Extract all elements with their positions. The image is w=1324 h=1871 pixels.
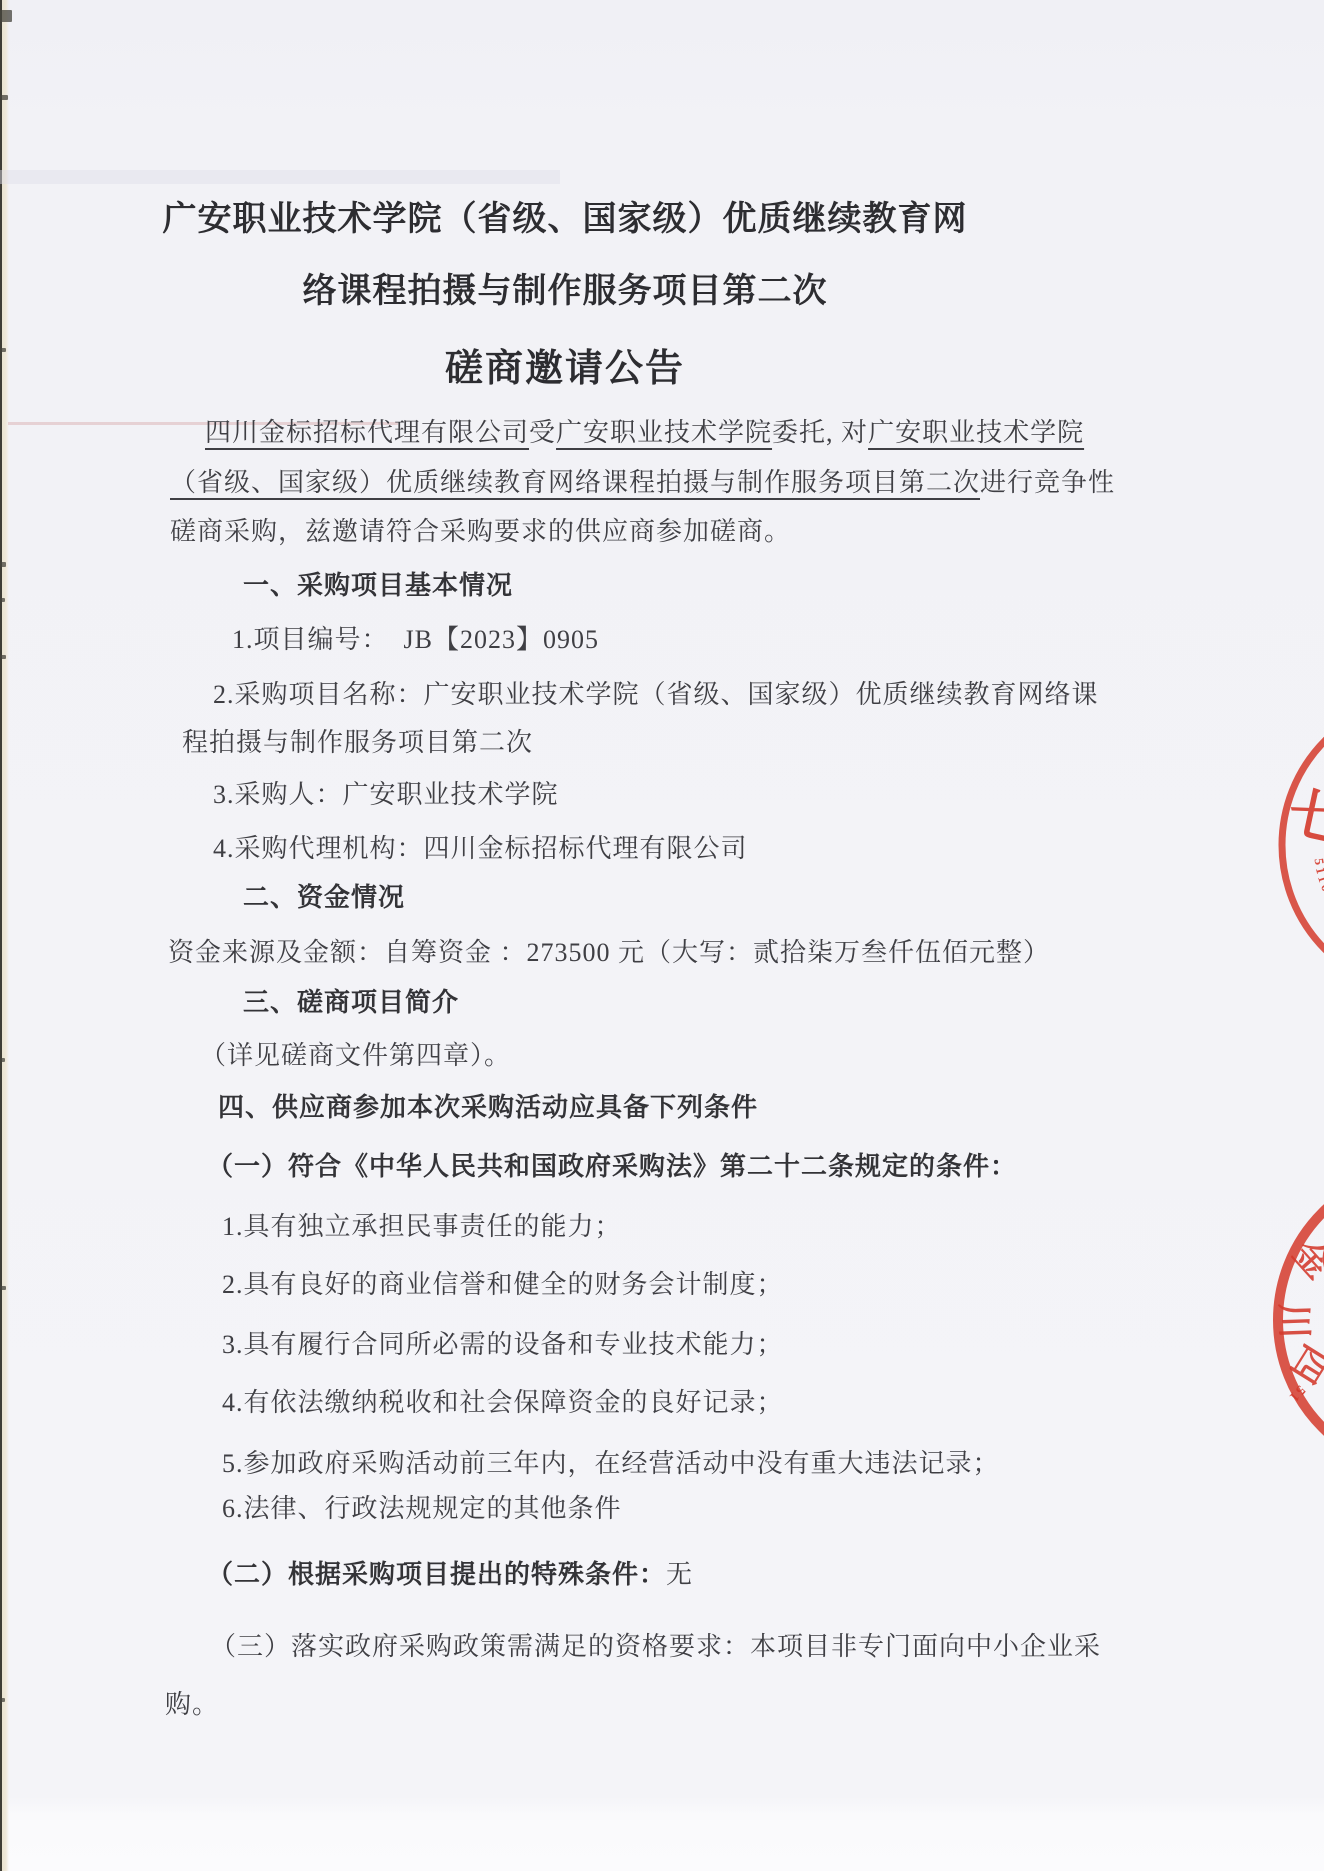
intro-line-3: 磋商采购，兹邀请符合采购要求的供应商参加磋商。 [170, 516, 791, 547]
seal-glyph: 四 [1283, 1338, 1324, 1390]
scan-mark [0, 598, 5, 602]
official-seal-fragment-upper: 七 51160 [1270, 733, 1324, 973]
section4-sub2-line: （二）根据采购项目提出的特殊条件：无 [207, 1559, 693, 1590]
seal-glyph: 七 [1282, 782, 1324, 854]
seal-ring [1278, 1198, 1324, 1458]
intro-line-1: 四川金标招标代理有限公司受广安职业技术学院委托, 对广安职业技术学院 [205, 417, 1084, 448]
scan-mark [0, 655, 6, 659]
seal-code-digits: 51160 [1312, 857, 1324, 904]
sub2-label: （二）根据采购项目提出的特殊条件： [207, 1560, 666, 1589]
funds-line: 资金来源及金额：自筹资金 ：273500 元（大写：贰拾柒万叁仟伍佰元整） [168, 937, 1050, 968]
section4-heading: 四、供应商参加本次采购活动应具备下列条件 [218, 1092, 758, 1123]
intro-text: 委托, 对 [772, 418, 868, 447]
item-project-name-line2: 程拍摄与制作服务项目第二次 [182, 727, 533, 758]
scan-mark [0, 95, 8, 100]
doc-title-line1: 广安职业技术学院（省级、国家级）优质继续教育网 [0, 191, 1130, 240]
scanned-document-page: 广安职业技术学院（省级、国家级）优质继续教育网 络课程拍摄与制作服务项目第二次 … [0, 0, 1324, 1871]
condition-item: 5.参加政府采购活动前三年内，在经营活动中没有重大违法记录； [222, 1448, 1000, 1479]
client-name: 广安职业技术学院 [556, 418, 772, 447]
scan-mark [0, 1698, 5, 1702]
condition-item: 6.法律、行政法规规定的其他条件 [222, 1493, 622, 1524]
project-name-part2: （省级、国家级）优质继续教育网络课程拍摄与制作服务项目第二次 [170, 468, 980, 497]
doc-subtitle: 磋商邀请公告 [0, 337, 1130, 392]
scan-streak [0, 170, 560, 184]
project-name-part1: 广安职业技术学院 [868, 418, 1084, 447]
official-seal-fragment-lower: 金 川 四 51 [1262, 1198, 1324, 1458]
condition-item: 2.具有良好的商业信誉和健全的财务会计制度； [222, 1269, 784, 1300]
intro-text: 受 [529, 418, 556, 447]
item-project-name-line1: 2.采购项目名称：广安职业技术学院（省级、国家级）优质继续教育网络课 [213, 679, 1099, 710]
scan-mark [0, 1286, 6, 1290]
agency-name: 四川金标招标代理有限公司 [205, 418, 529, 447]
section4-sub3-line1: （三）落实政府采购政策需满足的资格要求：本项目非专门面向中小企业采 [210, 1631, 1101, 1662]
seal-glyph: 川 [1273, 1302, 1314, 1339]
section3-heading: 三、磋商项目简介 [243, 987, 459, 1018]
scan-mark [0, 562, 6, 567]
scan-mark [0, 10, 12, 22]
seal-code-digits: 51 [1285, 1382, 1308, 1405]
intro-line-2: （省级、国家级）优质继续教育网络课程拍摄与制作服务项目第二次进行竞争性 [170, 467, 1115, 498]
condition-item: 3.具有履行合同所必需的设备和专业技术能力； [222, 1329, 784, 1360]
item-agency: 4.采购代理机构：四川金标招标代理有限公司 [213, 833, 748, 864]
item-purchaser: 3.采购人：广安职业技术学院 [213, 779, 559, 810]
seal-code-digits-text: 51160 [1312, 857, 1324, 904]
intro-text: 进行竞争性 [980, 468, 1115, 497]
section3-note: （详见磋商文件第四章）。 [200, 1040, 511, 1071]
section4-sub3-line2: 购。 [165, 1689, 219, 1720]
doc-title-line2: 络课程拍摄与制作服务项目第二次 [0, 263, 1130, 312]
sub2-value: 无 [666, 1560, 693, 1589]
condition-item: 1.具有独立承担民事责任的能力； [222, 1211, 622, 1242]
section1-heading: 一、采购项目基本情况 [243, 570, 513, 601]
seal-ring [1282, 733, 1324, 973]
section4-sub1-heading: （一）符合《中华人民共和国政府采购法》第二十二条规定的条件： [207, 1151, 1017, 1182]
seal-glyph: 金 [1285, 1233, 1324, 1287]
section2-heading: 二、资金情况 [243, 882, 405, 913]
condition-item: 4.有依法缴纳税收和社会保障资金的良好记录； [222, 1387, 784, 1418]
scan-mark [0, 1058, 5, 1062]
item-project-number: 1.项目编号： JB【2023】0905 [232, 624, 599, 655]
